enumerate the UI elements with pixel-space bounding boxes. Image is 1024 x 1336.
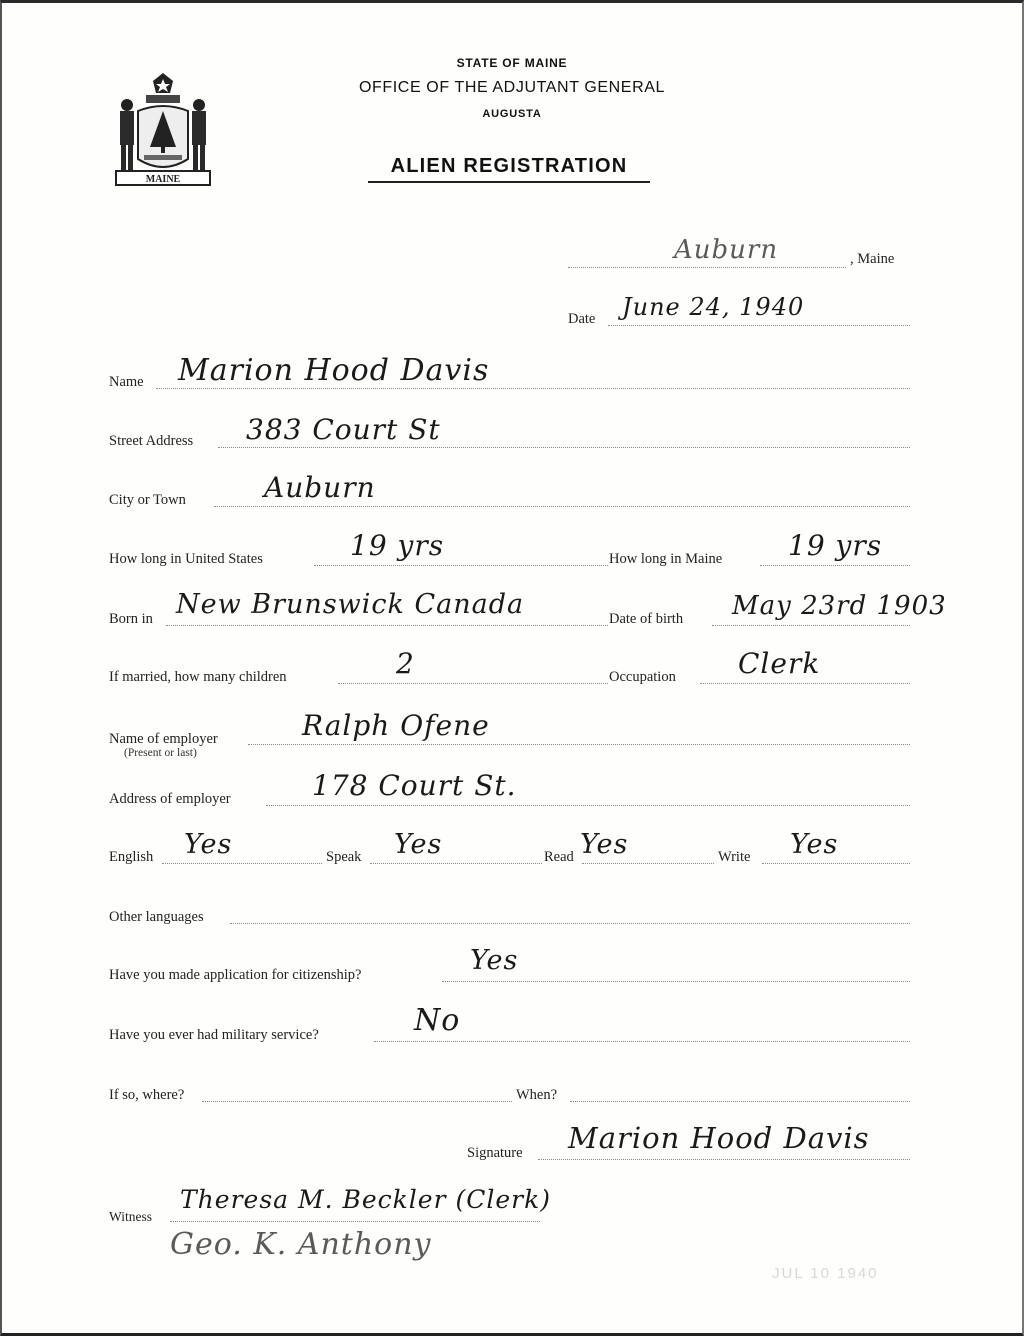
employer-address-value[interactable]: 178 Court St. bbox=[312, 769, 517, 802]
born-in-value[interactable]: New Brunswick Canada bbox=[176, 589, 524, 620]
maine-state-seal-icon: MAINE bbox=[110, 71, 216, 197]
how-long-us-line bbox=[314, 565, 608, 566]
witness-second-value[interactable]: Geo. K. Anthony bbox=[170, 1227, 432, 1262]
other-languages-label: Other languages bbox=[109, 909, 204, 926]
city-label: City or Town bbox=[109, 492, 186, 509]
speak-label: Speak bbox=[326, 849, 361, 866]
employer-name-label: Name of employer bbox=[109, 731, 218, 748]
svg-text:MAINE: MAINE bbox=[146, 174, 181, 185]
location-line bbox=[568, 267, 846, 268]
city-heading: AUGUSTA bbox=[332, 108, 692, 120]
date-of-birth-line bbox=[712, 625, 910, 626]
children-label: If married, how many children bbox=[109, 669, 287, 686]
when-label: When? bbox=[516, 1087, 557, 1104]
form-title: ALIEN REGISTRATION bbox=[368, 155, 650, 183]
military-line bbox=[374, 1041, 910, 1042]
witness-line bbox=[170, 1221, 540, 1222]
where-line bbox=[202, 1101, 512, 1102]
how-long-maine-line bbox=[760, 565, 910, 566]
location-suffix: , Maine bbox=[850, 251, 894, 268]
name-line bbox=[156, 388, 910, 389]
occupation-value[interactable]: Clerk bbox=[738, 647, 820, 680]
office-heading: OFFICE OF THE ADJUTANT GENERAL bbox=[332, 79, 692, 97]
speak-value[interactable]: Yes bbox=[394, 829, 442, 860]
date-line bbox=[608, 325, 910, 326]
when-line bbox=[570, 1101, 910, 1102]
how-long-maine-value[interactable]: 19 yrs bbox=[788, 529, 882, 562]
children-line bbox=[338, 683, 608, 684]
speak-line bbox=[370, 863, 542, 864]
registration-form-page: MAINE STATE OF MAINE OFFICE OF THE ADJUT… bbox=[0, 0, 1024, 1336]
write-label: Write bbox=[718, 849, 750, 866]
born-in-label: Born in bbox=[109, 611, 153, 628]
read-label: Read bbox=[544, 849, 574, 866]
citizenship-value[interactable]: Yes bbox=[470, 945, 518, 976]
witness-value[interactable]: Theresa M. Beckler (Clerk) bbox=[180, 1185, 551, 1214]
date-of-birth-value[interactable]: May 23rd 1903 bbox=[732, 591, 947, 621]
name-label: Name bbox=[109, 374, 144, 391]
date-value[interactable]: June 24, 1940 bbox=[622, 293, 804, 321]
write-value[interactable]: Yes bbox=[790, 829, 838, 860]
city-value[interactable]: Auburn bbox=[264, 471, 376, 504]
signature-line bbox=[538, 1159, 910, 1160]
state-heading: STATE OF MAINE bbox=[332, 56, 692, 70]
location-value[interactable]: Auburn bbox=[674, 235, 778, 265]
received-date-stamp: JUL 10 1940 bbox=[772, 1265, 879, 1282]
military-label: Have you ever had military service? bbox=[109, 1027, 319, 1044]
born-in-line bbox=[166, 625, 608, 626]
english-line bbox=[162, 863, 322, 864]
english-value[interactable]: Yes bbox=[184, 829, 232, 860]
employer-address-label: Address of employer bbox=[109, 791, 231, 808]
witness-label: Witness bbox=[109, 1209, 152, 1225]
english-label: English bbox=[109, 849, 153, 866]
occupation-line bbox=[700, 683, 910, 684]
where-label: If so, where? bbox=[109, 1087, 184, 1104]
street-address-value[interactable]: 383 Court St bbox=[246, 413, 441, 446]
how-long-maine-label: How long in Maine bbox=[609, 551, 722, 568]
how-long-us-value[interactable]: 19 yrs bbox=[350, 529, 444, 562]
date-of-birth-label: Date of birth bbox=[609, 611, 683, 628]
other-languages-line bbox=[230, 923, 910, 924]
city-line bbox=[214, 506, 910, 507]
citizenship-line bbox=[442, 981, 910, 982]
military-value[interactable]: No bbox=[414, 1003, 460, 1038]
signature-value[interactable]: Marion Hood Davis bbox=[568, 1121, 870, 1155]
how-long-us-label: How long in United States bbox=[109, 551, 263, 568]
read-line bbox=[582, 863, 714, 864]
street-address-label: Street Address bbox=[109, 433, 193, 450]
employer-name-value[interactable]: Ralph Ofene bbox=[302, 709, 490, 742]
citizenship-label: Have you made application for citizenshi… bbox=[109, 967, 361, 984]
signature-label: Signature bbox=[467, 1145, 523, 1162]
employer-name-line bbox=[248, 744, 910, 745]
name-value[interactable]: Marion Hood Davis bbox=[178, 353, 489, 388]
occupation-label: Occupation bbox=[609, 669, 676, 686]
date-label: Date bbox=[568, 311, 595, 328]
write-line bbox=[762, 863, 910, 864]
street-address-line bbox=[218, 447, 910, 448]
read-value[interactable]: Yes bbox=[580, 829, 628, 860]
employer-name-sublabel: (Present or last) bbox=[124, 747, 197, 759]
children-value[interactable]: 2 bbox=[396, 647, 415, 680]
employer-address-line bbox=[266, 805, 910, 806]
